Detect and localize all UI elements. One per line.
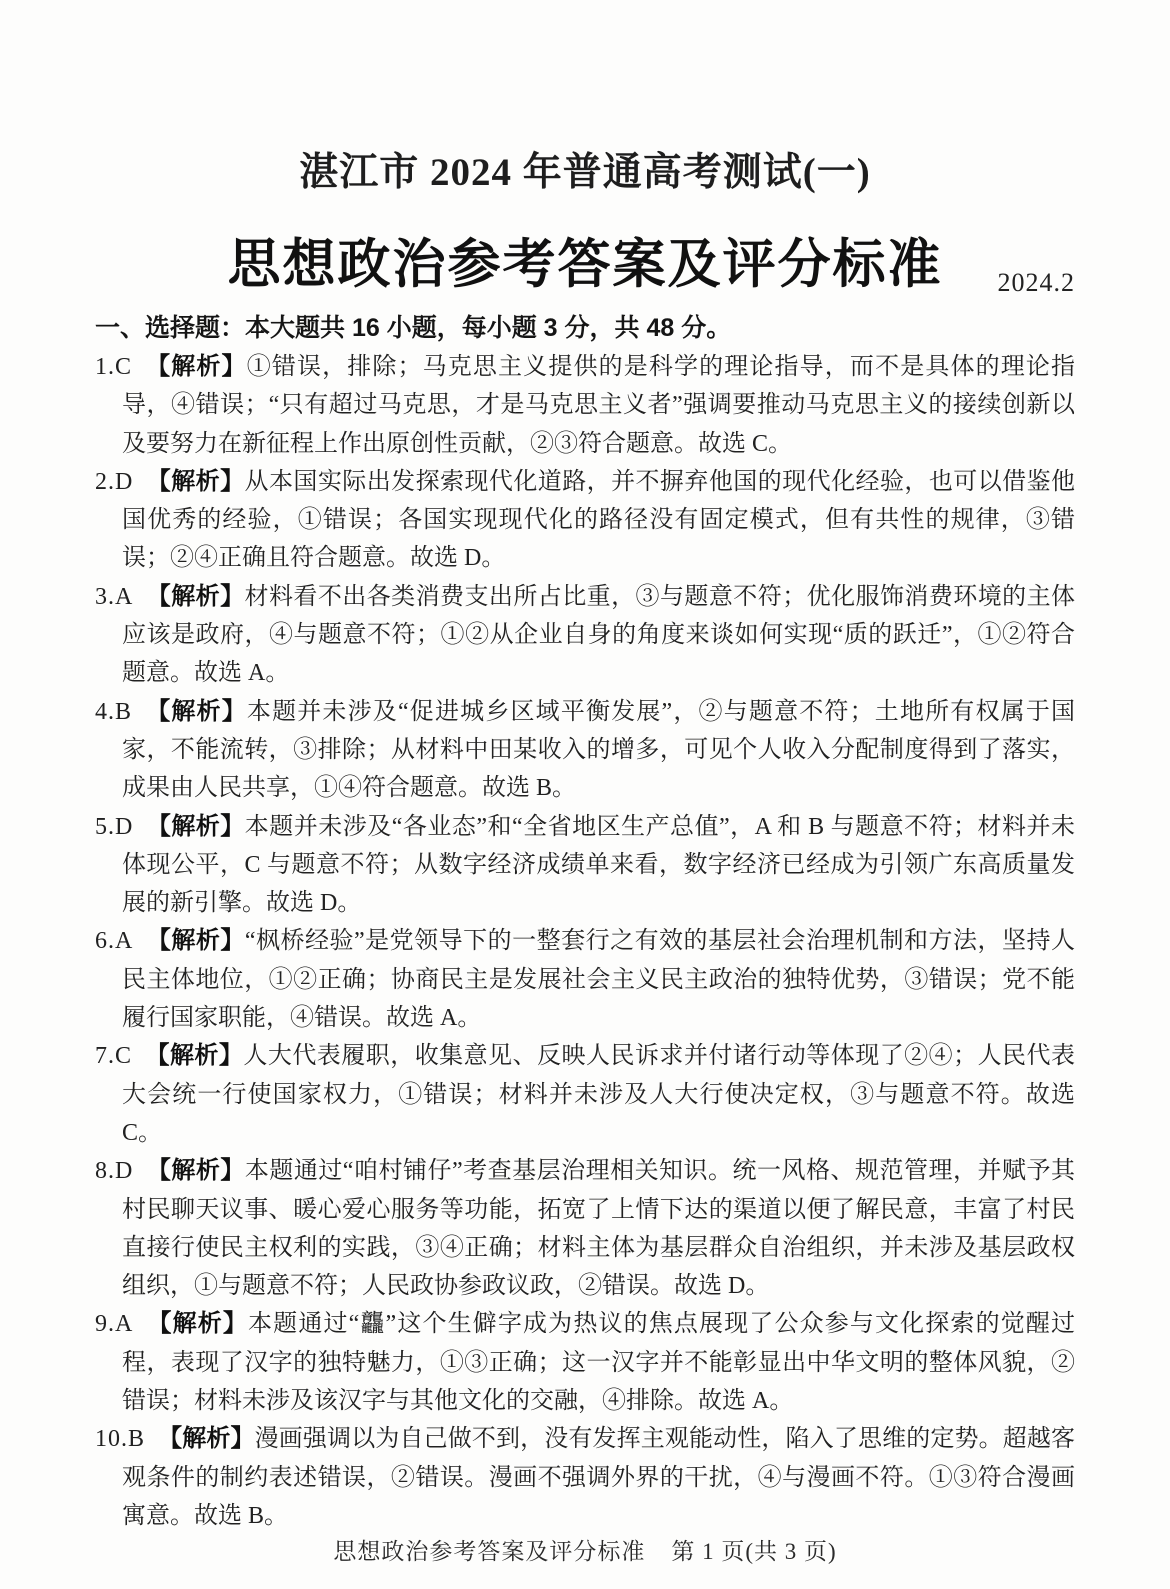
section-heading: 一、选择题：本大题共 16 小题，每小题 3 分，共 48 分。: [95, 309, 1075, 348]
answer-item: 1.C【解析】①错误，排除；马克思主义提供的是科学的理论指导，而不是具体的理论指…: [95, 348, 1075, 463]
exam-title: 湛江市 2024 年普通高考测试(一): [95, 150, 1075, 196]
analysis-tag: 【解析】: [146, 813, 244, 840]
analysis-text: 本题通过“龘”这个生僻字成为热议的焦点展现了公众参与文化探索的觉醒过程，表现了汉…: [122, 1311, 1075, 1414]
main-title: 思想政治参考答案及评分标准: [228, 234, 943, 296]
answer-item: 8.D【解析】本题通过“咱村铺仔”考查基层治理相关知识。统一风格、规范管理，并赋…: [95, 1152, 1075, 1305]
answer-item: 4.B【解析】本题并未涉及“促进城乡区域平衡发展”，②与题意不符；土地所有权属于…: [95, 693, 1075, 808]
analysis-tag: 【解析】: [146, 927, 244, 954]
answer-item: 2.D【解析】从本国实际出发探索现代化道路，并不摒弃他国的现代化经验，也可以借鉴…: [95, 463, 1075, 578]
analysis-text: 从本国实际出发探索现代化道路，并不摒弃他国的现代化经验，也可以借鉴他国优秀的经验…: [122, 469, 1075, 572]
answer-number: 3.A: [95, 584, 133, 610]
analysis-text: 材料看不出各类消费支出所占比重，③与题意不符；优化服饰消费环境的主体应该是政府，…: [122, 584, 1075, 687]
analysis-tag: 【解析】: [145, 698, 247, 725]
answer-number: 8.D: [95, 1158, 133, 1184]
answer-number: 6.A: [95, 928, 133, 954]
footer-page-number: 第 1 页(共 3 页): [671, 1539, 836, 1564]
analysis-text: 本题并未涉及“各业态”和“全省地区生产总值”，A 和 B 与题意不符；材料并未体…: [122, 814, 1075, 917]
answer-number: 7.C: [95, 1043, 132, 1069]
answer-item: 6.A【解析】“枫桥经验”是党领导下的一整套行之有效的基层社会治理机制和方法，坚…: [95, 922, 1075, 1037]
analysis-tag: 【解析】: [145, 1042, 243, 1069]
answer-item: 3.A【解析】材料看不出各类消费支出所占比重，③与题意不符；优化服饰消费环境的主…: [95, 578, 1075, 693]
answer-number: 10.B: [95, 1426, 145, 1452]
analysis-text: 漫画强调以为自己做不到，没有发挥主观能动性，陷入了思维的定势。超越客观条件的制约…: [122, 1426, 1075, 1529]
analysis-text: 本题并未涉及“促进城乡区域平衡发展”，②与题意不符；土地所有权属于国家，不能流转…: [122, 699, 1075, 802]
answer-number: 4.B: [95, 699, 132, 725]
analysis-text: “枫桥经验”是党领导下的一整套行之有效的基层社会治理机制和方法，坚持人民主体地位…: [122, 928, 1075, 1031]
answer-item: 10.B【解析】漫画强调以为自己做不到，没有发挥主观能动性，陷入了思维的定势。超…: [95, 1420, 1075, 1535]
analysis-tag: 【解析】: [146, 583, 244, 610]
main-title-row: 思想政治参考答案及评分标准 2024.2: [95, 234, 1075, 296]
analysis-tag: 【解析】: [158, 1425, 255, 1452]
analysis-text: 本题通过“咱村铺仔”考查基层治理相关知识。统一风格、规范管理，并赋予其村民聊天议…: [122, 1158, 1075, 1299]
answer-number: 1.C: [95, 354, 132, 380]
analysis-tag: 【解析】: [146, 1157, 244, 1184]
answer-sheet-page: 湛江市 2024 年普通高考测试(一) 思想政治参考答案及评分标准 2024.2…: [0, 0, 1170, 1589]
analysis-text: ①错误，排除；马克思主义提供的是科学的理论指导，而不是具体的理论指导，④错误；“…: [122, 354, 1075, 457]
analysis-text: 人大代表履职，收集意见、反映人民诉求并付诸行动等体现了②④；人民代表大会统一行使…: [122, 1043, 1075, 1146]
analysis-tag: 【解析】: [145, 353, 247, 380]
answer-number: 5.D: [95, 814, 133, 840]
exam-date: 2024.2: [998, 268, 1076, 298]
footer-title: 思想政治参考答案及评分标准: [333, 1539, 645, 1564]
answer-number: 2.D: [95, 469, 133, 495]
analysis-tag: 【解析】: [146, 1310, 248, 1337]
answer-item: 7.C【解析】人大代表履职，收集意见、反映人民诉求并付诸行动等体现了②④；人民代…: [95, 1037, 1075, 1152]
answer-number: 9.A: [95, 1311, 133, 1337]
answer-list: 1.C【解析】①错误，排除；马克思主义提供的是科学的理论指导，而不是具体的理论指…: [95, 348, 1075, 1535]
page-footer: 思想政治参考答案及评分标准第 1 页(共 3 页): [0, 1533, 1170, 1566]
answer-item: 9.A【解析】本题通过“龘”这个生僻字成为热议的焦点展现了公众参与文化探索的觉醒…: [95, 1305, 1075, 1420]
answer-item: 5.D【解析】本题并未涉及“各业态”和“全省地区生产总值”，A 和 B 与题意不…: [95, 808, 1075, 923]
analysis-tag: 【解析】: [146, 468, 244, 495]
